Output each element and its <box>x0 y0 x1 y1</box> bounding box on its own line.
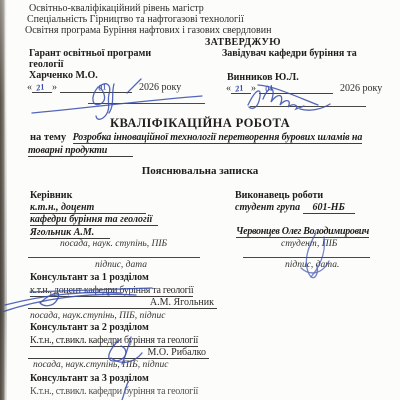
supervisor-label: Керівник <box>30 190 72 201</box>
supervisor-caption-position: посада, наук. ступінь, ПІБ <box>60 239 167 250</box>
supervisor-caption-signature: підпис, дата <box>95 260 147 271</box>
quote-close: » <box>251 83 256 94</box>
supervisor-department-row: кафедри буріння та геології <box>30 214 158 225</box>
consultant-3-position-row: К.т.н., ст.викл. кафедри буріння та геол… <box>30 386 198 397</box>
consultant-2-position-row: К.т.н., ст.викл. кафедри буріння та геол… <box>30 335 198 346</box>
consultant-2-heading: Консультант за 2 розділом <box>30 322 149 333</box>
theme-text-1: Розробка інноваційної технології перетво… <box>73 132 363 144</box>
consultant-1-position-row: к.т.н., доцент кафедри буріння та геолог… <box>30 285 193 296</box>
executor-signature-line <box>243 257 370 258</box>
executor-student-prefix: студент група <box>235 202 300 213</box>
handwritten-month: 01 <box>97 81 107 92</box>
month-blank: 01 <box>60 81 132 93</box>
consultant-2-caption: посада, наук.ступінь, ПІБ, підпис <box>33 360 168 371</box>
supervisor-degree-row: к.т.н., доцент <box>30 202 146 213</box>
guarantor-name: Харченко М.О. <box>29 70 98 81</box>
executor-name: Червонцев Олег Володимирович <box>236 226 369 238</box>
scan-spine-shadow <box>0 0 7 400</box>
executor-caption-signature: підпис, дата. <box>285 260 339 271</box>
handwritten-month: 01 <box>264 82 274 93</box>
head-of-department-role-line1: Завідувач кафедри буріння та <box>222 48 357 59</box>
supervisor-signature-line <box>28 257 200 258</box>
consultant-1-name: А.М. Ягольник <box>150 297 214 308</box>
consultant-3-position: К.т.н., ст.викл. кафедри буріння та геол… <box>30 386 198 397</box>
approve-stamp: ЗАТВЕРДЖУЮ <box>205 37 281 48</box>
scanned-qualification-work-title-page: Освітньо-кваліфікаційний рівень магістр … <box>0 0 400 400</box>
executor-name-row: Червонцев Олег Володимирович <box>236 226 369 237</box>
consultant-1-caption: посада, наук.ступінь, ПІБ, підпис <box>30 311 165 322</box>
theme-line-1: на тему Розробка інноваційної технології… <box>30 132 362 143</box>
supervisor-department: кафедри буріння та геології <box>30 214 158 226</box>
handwritten-day: 21 <box>35 81 45 92</box>
consultant-2-name-line: М.О. Рибалко <box>28 347 209 359</box>
guarantor-role-line2: геології <box>29 59 63 70</box>
theme-text-2: товарні продукти <box>28 145 133 157</box>
guarantor-date-row: «21»012026 року <box>27 81 181 93</box>
consultant-3-heading: Консультант за 3 розділом <box>30 373 149 384</box>
handwritten-day: 21 <box>234 82 244 93</box>
theme-prefix: на тему <box>30 132 66 143</box>
supervisor-name-row: Ягольник А.М. <box>30 227 110 238</box>
consultant-1-name-line: А.М. Ягольник <box>28 297 217 309</box>
guarantor-signature-line <box>88 103 205 104</box>
year-label: 2026 року <box>340 83 382 94</box>
consultant-1-heading: Консультант за 1 розділом <box>30 272 149 283</box>
year-label: 2026 року <box>139 82 181 93</box>
consultant-1-position: к.т.н., доцент кафедри буріння та геолог… <box>30 285 193 297</box>
consultant-2-name: М.О. Рибалко <box>148 347 206 358</box>
head-date-row: «21»012026 року <box>226 82 382 94</box>
executor-group: 601-НБ <box>312 202 344 213</box>
executor-student-row: студент група 601-НБ <box>235 202 355 214</box>
supervisor-name: Ягольник А.М. <box>30 227 110 239</box>
group-blank: 601-НБ <box>303 202 355 214</box>
day-blank: 21 <box>231 82 251 94</box>
specialty-line: Спеціальність Гірництво та нафтогазові т… <box>27 14 244 25</box>
month-blank: 01 <box>259 82 333 94</box>
program-line: Освітня програма Буріння нафтових і газо… <box>25 25 271 36</box>
executor-label: Виконавець роботи <box>235 190 323 201</box>
executor-caption-position: студент, ПІБ <box>281 239 337 250</box>
supervisor-degree: к.т.н., доцент <box>30 202 146 214</box>
head-signature-line <box>250 106 366 107</box>
theme-line-2: товарні продукти <box>28 145 133 156</box>
explanatory-note-subtitle: Пояснювальна записка <box>0 166 400 177</box>
consultant-2-position: К.т.н., ст.викл. кафедри буріння та геол… <box>30 335 198 347</box>
qualification-level-line: Освітньо-кваліфікаційний рівень магістр <box>29 3 204 14</box>
day-blank: 21 <box>32 81 52 93</box>
quote-close: » <box>52 82 57 93</box>
work-title: КВАЛІФІКАЦІЙНА РОБОТА <box>0 118 400 129</box>
guarantor-role-line1: Гарант освітньої програми <box>29 48 151 59</box>
